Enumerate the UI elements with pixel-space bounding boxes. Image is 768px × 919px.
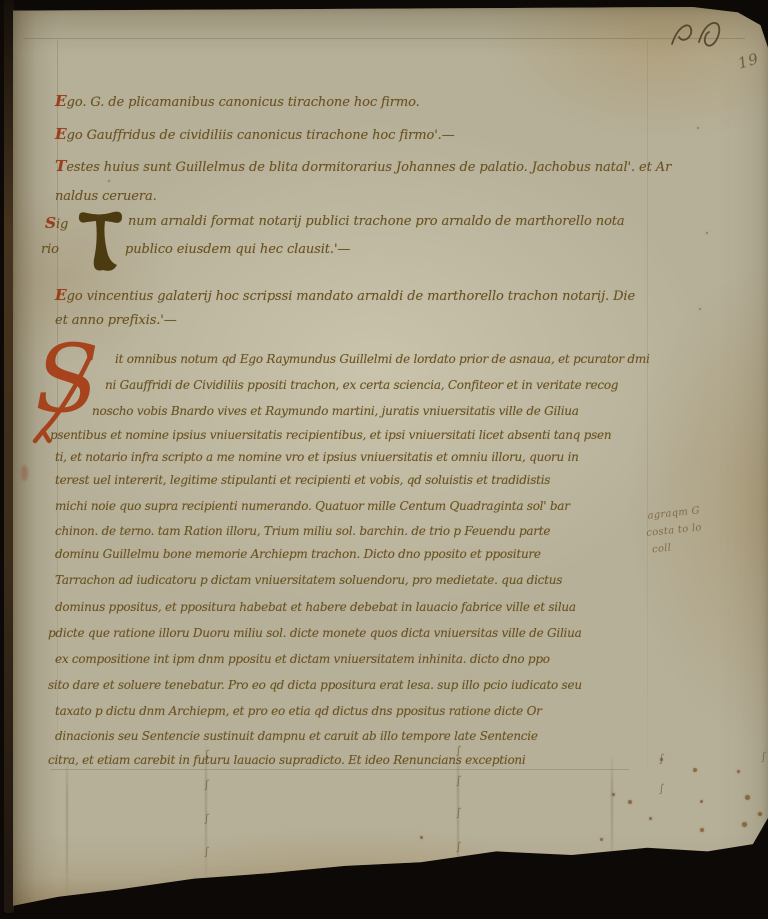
line-text: dinacionis seu Sentencie sustinuit dampn… (55, 729, 538, 743)
charter-line: michi noie quo supra recipienti numerand… (55, 499, 570, 513)
line-text: chinon. de terno. tam Ration illoru, Tri… (55, 524, 550, 538)
line-text: ig (56, 217, 68, 232)
fold-crease (611, 752, 613, 872)
ink-spot (420, 836, 423, 839)
line-text: ex compositione int ipm dnm ppositu et d… (55, 652, 550, 666)
line-text: pdicte que ratione illoru Duoru miliu so… (48, 626, 582, 640)
ink-spot (600, 838, 603, 841)
pen-trial-mark: ʃ (457, 872, 462, 885)
line-text: Tarrachon ad iudicatoru p dictam vniuers… (55, 573, 562, 587)
ink-spot (700, 828, 704, 832)
charter-line: dominus ppositus, et ppositura habebat e… (55, 600, 576, 614)
ink-spot (758, 812, 762, 816)
line-text: naldus ceruera. (55, 189, 157, 204)
charter-line: citra, et etiam carebit in futuru lauaci… (48, 753, 526, 767)
signum-sig-word: Sig (45, 214, 68, 232)
charter-line: ni Gauffridi de Cividiliis ppositi trach… (105, 378, 618, 392)
rubric-initial: E (55, 92, 67, 110)
charter-line: dominu Guillelmu bone memorie Archiepm t… (55, 547, 541, 561)
text-line-subscription-1: Ego. G. de plicamanibus canonicus tirach… (55, 92, 420, 110)
line-text: rio (41, 242, 59, 257)
ink-speck (108, 180, 110, 182)
line-text: sito dare et soluere tenebatur. Pro eo q… (48, 678, 582, 692)
red-pigment-smudge (21, 465, 28, 481)
line-text: publico eiusdem qui hec clausit.'— (125, 242, 350, 257)
corner-flourish-mark (668, 12, 728, 58)
rubric-initial: S (45, 214, 56, 232)
charter-line: psentibus et nomine ipsius vniuersitatis… (50, 428, 611, 442)
line-text: go. G. de plicamanibus canonicus tiracho… (67, 95, 420, 110)
fold-crease (205, 742, 207, 882)
charter-line: taxato p dictu dnm Archiepm, et pro eo e… (55, 704, 542, 718)
text-line-scribe-2: et anno prefixis.'— (55, 313, 177, 328)
line-text: ni Gauffridi de Cividiliis ppositi trach… (105, 378, 618, 392)
ink-spot (693, 768, 697, 772)
ink-spot (649, 817, 652, 820)
fold-crease (66, 750, 68, 900)
signum-rio-word: rio (41, 242, 59, 257)
text-line-witnesses-1: Testes huius sunt Guillelmus de blita do… (55, 157, 671, 175)
text-line-scribe-1: Ego vincentius galaterij hoc scripssi ma… (55, 286, 635, 304)
initial-T-tau-cross (77, 205, 125, 275)
rubric-initial: E (55, 125, 67, 143)
right-margin-ruling (647, 40, 648, 770)
charter-line: terest uel intererit, legitime stipulant… (55, 473, 550, 487)
rubric-initial: T (55, 157, 66, 175)
manuscript-page: 19 Ego. G. de plicamanibus canonicus tir… (13, 7, 768, 913)
charter-line: chinon. de terno. tam Ration illoru, Tri… (55, 524, 550, 538)
line-text: dominu Guillelmu bone memorie Archiepm t… (55, 547, 541, 561)
ink-speck (706, 232, 708, 234)
line-text: dominus ppositus, et ppositura habebat e… (55, 600, 576, 614)
line-text: go vincentius galaterij hoc scripssi man… (67, 289, 635, 304)
pen-trial-mark: ʃ (660, 752, 665, 765)
line-text: psentibus et nomine ipsius vniuersitatis… (50, 428, 611, 442)
pen-trial-mark: ʃ (660, 782, 665, 795)
charter-line: ti, et notario infra scripto a me nomine… (55, 450, 579, 464)
line-text: citra, et etiam carebit in futuru lauaci… (48, 753, 526, 767)
ink-spot (745, 795, 750, 800)
ink-spot (757, 842, 760, 845)
line-text: num arnaldi format notarij publici trach… (128, 214, 625, 229)
charter-line: it omnibus notum qd Ego Raymundus Guille… (115, 352, 650, 366)
line-text: ti, et notario infra scripto a me nomine… (55, 450, 579, 464)
book-gutter-edge (4, 0, 14, 913)
ink-spot (700, 800, 703, 803)
charter-line: dinacionis seu Sentencie sustinuit dampn… (55, 729, 538, 743)
ink-spot (737, 770, 740, 773)
charter-line: ex compositione int ipm dnm ppositu et d… (55, 652, 550, 666)
ink-spot (628, 800, 632, 804)
fold-crease (457, 737, 459, 897)
ink-speck (697, 127, 699, 129)
ink-spot (742, 822, 747, 827)
charter-line: pdicte que ratione illoru Duoru miliu so… (48, 626, 582, 640)
text-line-signum-2: publico eiusdem qui hec clausit.'— (125, 242, 350, 257)
line-text: michi noie quo supra recipienti numerand… (55, 499, 570, 513)
ink-speck (699, 308, 701, 310)
margin-note: agraqm G costa to lo coll (647, 494, 768, 558)
text-line-subscription-2: Ego Gauffridus de cividiliis canonicus t… (55, 125, 455, 143)
folio-number: 19 (736, 49, 761, 72)
text-line-witnesses-2: naldus ceruera. (55, 189, 157, 204)
line-text: taxato p dictu dnm Archiepm, et pro eo e… (55, 704, 542, 718)
charter-line: sito dare et soluere tenebatur. Pro eo q… (48, 678, 582, 692)
line-text: terest uel intererit, legitime stipulant… (55, 473, 550, 487)
line-text: estes huius sunt Guillelmus de blita dor… (66, 160, 671, 175)
charter-line: noscho vobis Bnardo vives et Raymundo ma… (92, 404, 579, 418)
line-text: it omnibus notum qd Ego Raymundus Guille… (115, 352, 650, 366)
charter-line: Tarrachon ad iudicatoru p dictam vniuers… (55, 573, 562, 587)
bottom-ruling-line (51, 769, 629, 770)
text-line-signum-1: num arnaldi format notarij publici trach… (128, 214, 625, 229)
line-text: noscho vobis Bnardo vives et Raymundo ma… (92, 404, 579, 418)
top-ruling-line (23, 38, 745, 39)
rubric-initial: E (55, 286, 67, 304)
initial-S-glyph: S (35, 329, 99, 434)
pen-trial-mark: ʃ (762, 750, 767, 763)
line-text: go Gauffridus de cividiliis canonicus ti… (67, 128, 455, 143)
line-text: et anno prefixis.'— (55, 313, 177, 328)
